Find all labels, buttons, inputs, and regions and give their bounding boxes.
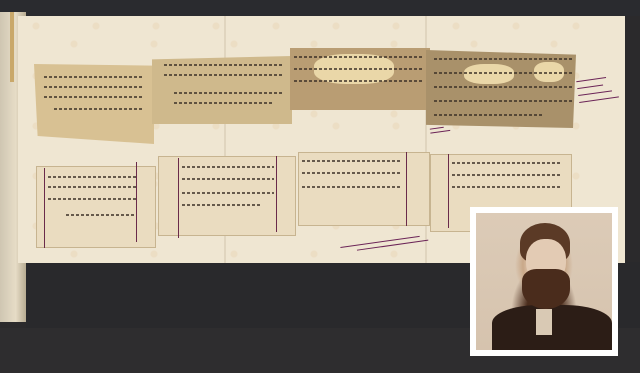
margin-line <box>136 162 137 242</box>
manuscript-fragment <box>298 152 430 226</box>
margin-line <box>406 152 407 226</box>
script-line <box>174 92 284 94</box>
script-line <box>182 204 262 206</box>
script-line <box>434 58 574 60</box>
script-line <box>434 72 574 74</box>
margin-line <box>44 168 45 248</box>
margin-line <box>276 156 277 232</box>
script-line <box>66 214 136 216</box>
portrait-frame <box>470 207 618 356</box>
script-line <box>302 186 402 188</box>
script-line <box>294 80 424 82</box>
script-line <box>48 176 138 178</box>
script-line <box>434 86 574 88</box>
script-line <box>302 172 402 174</box>
portrait-beard <box>522 269 570 309</box>
script-line <box>302 160 402 162</box>
script-line <box>174 102 274 104</box>
background-top <box>0 0 640 16</box>
manuscript-fragment <box>36 166 156 248</box>
script-line <box>44 86 144 88</box>
margin-line <box>178 158 179 238</box>
portrait-collar <box>536 309 552 335</box>
script-line <box>452 174 562 176</box>
album-spine-edge <box>10 12 14 82</box>
script-line <box>294 68 424 70</box>
script-line <box>48 186 138 188</box>
script-line <box>452 186 562 188</box>
script-line <box>48 198 138 200</box>
portrait-photo <box>476 213 612 350</box>
script-line <box>434 100 574 102</box>
script-line <box>182 166 274 168</box>
portrait-coat <box>492 305 612 350</box>
margin-line <box>448 154 449 228</box>
script-line <box>164 74 284 76</box>
script-line <box>44 96 144 98</box>
script-line <box>434 114 544 116</box>
manuscript-fragment <box>152 56 292 124</box>
manuscript-strip-top <box>34 44 579 144</box>
script-line <box>182 178 274 180</box>
script-line <box>452 162 562 164</box>
script-line <box>182 192 274 194</box>
script-line <box>164 64 284 66</box>
script-line <box>44 76 144 78</box>
script-line <box>294 56 424 58</box>
faded-area <box>464 64 514 84</box>
script-line <box>54 108 144 110</box>
margin-annotation <box>575 69 624 115</box>
